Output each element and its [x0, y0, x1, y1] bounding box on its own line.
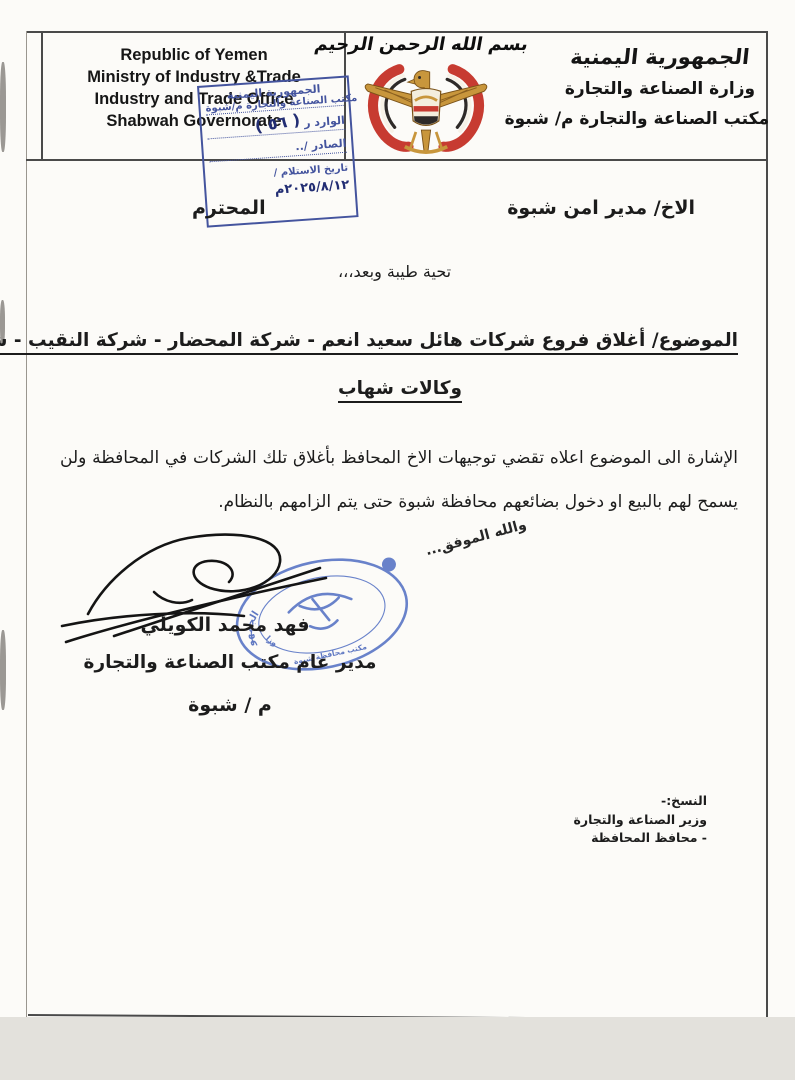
- scanned-letter-page: Republic of Yemen Ministry of Industry &…: [0, 0, 795, 1080]
- scan-background-bottom: [0, 1017, 795, 1080]
- edge-smudge: [0, 62, 6, 152]
- copies-header: النسخ:-: [537, 792, 707, 811]
- received-date-label: تاريخ الاستلام /: [273, 163, 348, 179]
- letterhead-ar-country: الجمهورية اليمنية: [549, 40, 771, 74]
- subject-line-2: وكالات شهاب: [62, 378, 738, 399]
- page-border-top: [26, 31, 768, 33]
- copies-item-governor: - محافظ المحافظة: [537, 829, 707, 848]
- body-paragraph-line-1: الإشارة الى الموضوع اعلاه تقضي توجيهات ا…: [60, 448, 738, 468]
- outgoing-number-label: الصادر /..: [295, 137, 347, 154]
- basmala-calligraphy: بسم الله الرحمن الرحيم: [320, 34, 530, 55]
- addressee-honorific: المحترم: [192, 197, 266, 219]
- addressee-line: الاخ/ مدير امن شبوة: [507, 197, 695, 219]
- letterhead-en-line1: Republic of Yemen: [46, 44, 342, 66]
- letterhead-box-left-border: [41, 33, 43, 159]
- copies-block: النسخ:- وزير الصناعة والتجارة - محافظ ال…: [537, 792, 707, 848]
- signatory-title: مدير عام مكتب الصناعة والتجارة: [80, 652, 380, 673]
- subject-line-2-text: وكالات شهاب: [338, 378, 462, 399]
- registry-stamp-date-row: تاريخ الاستلام / ٢٠٢٥/٨/١٢م: [209, 153, 350, 204]
- letterhead-arabic: الجمهورية اليمنية وزارة الصناعة والتجارة…: [551, 40, 769, 134]
- subject-line-1-text: الموضوع/ أغلاق فروع شركات هائل سعيد انعم…: [0, 330, 738, 351]
- incoming-number-handwritten: ( ٥٦ ): [254, 111, 301, 135]
- page-border-right: [766, 31, 768, 1017]
- signatory-office: م / شبوة: [110, 694, 350, 716]
- received-date-handwritten: ٢٠٢٥/٨/١٢م: [274, 178, 349, 198]
- greeting-line: تحية طيبة وبعد،،،: [338, 262, 451, 281]
- closing-phrase: والله الموفق...: [416, 515, 536, 562]
- yemen-national-emblem-icon: [352, 60, 500, 166]
- subject-line-1: الموضوع/ أغلاق فروع شركات هائل سعيد انعم…: [62, 330, 738, 351]
- page-border-left: [26, 31, 27, 1017]
- letterhead-ar-office: مكتب الصناعة والتجارة م/ شبوة: [551, 104, 769, 134]
- body-paragraph-line-2: يسمح لهم بالبيع او دخول بضائعهم محافظة ش…: [60, 492, 738, 512]
- incoming-number-label: الوارد ر: [304, 114, 346, 130]
- letterhead-ar-ministry: وزارة الصناعة والتجارة: [551, 74, 769, 104]
- signatory-name: فهد محمد الكويلي: [105, 614, 345, 636]
- copies-item-minister: وزير الصناعة والتجارة: [537, 811, 707, 830]
- edge-smudge: [0, 630, 6, 710]
